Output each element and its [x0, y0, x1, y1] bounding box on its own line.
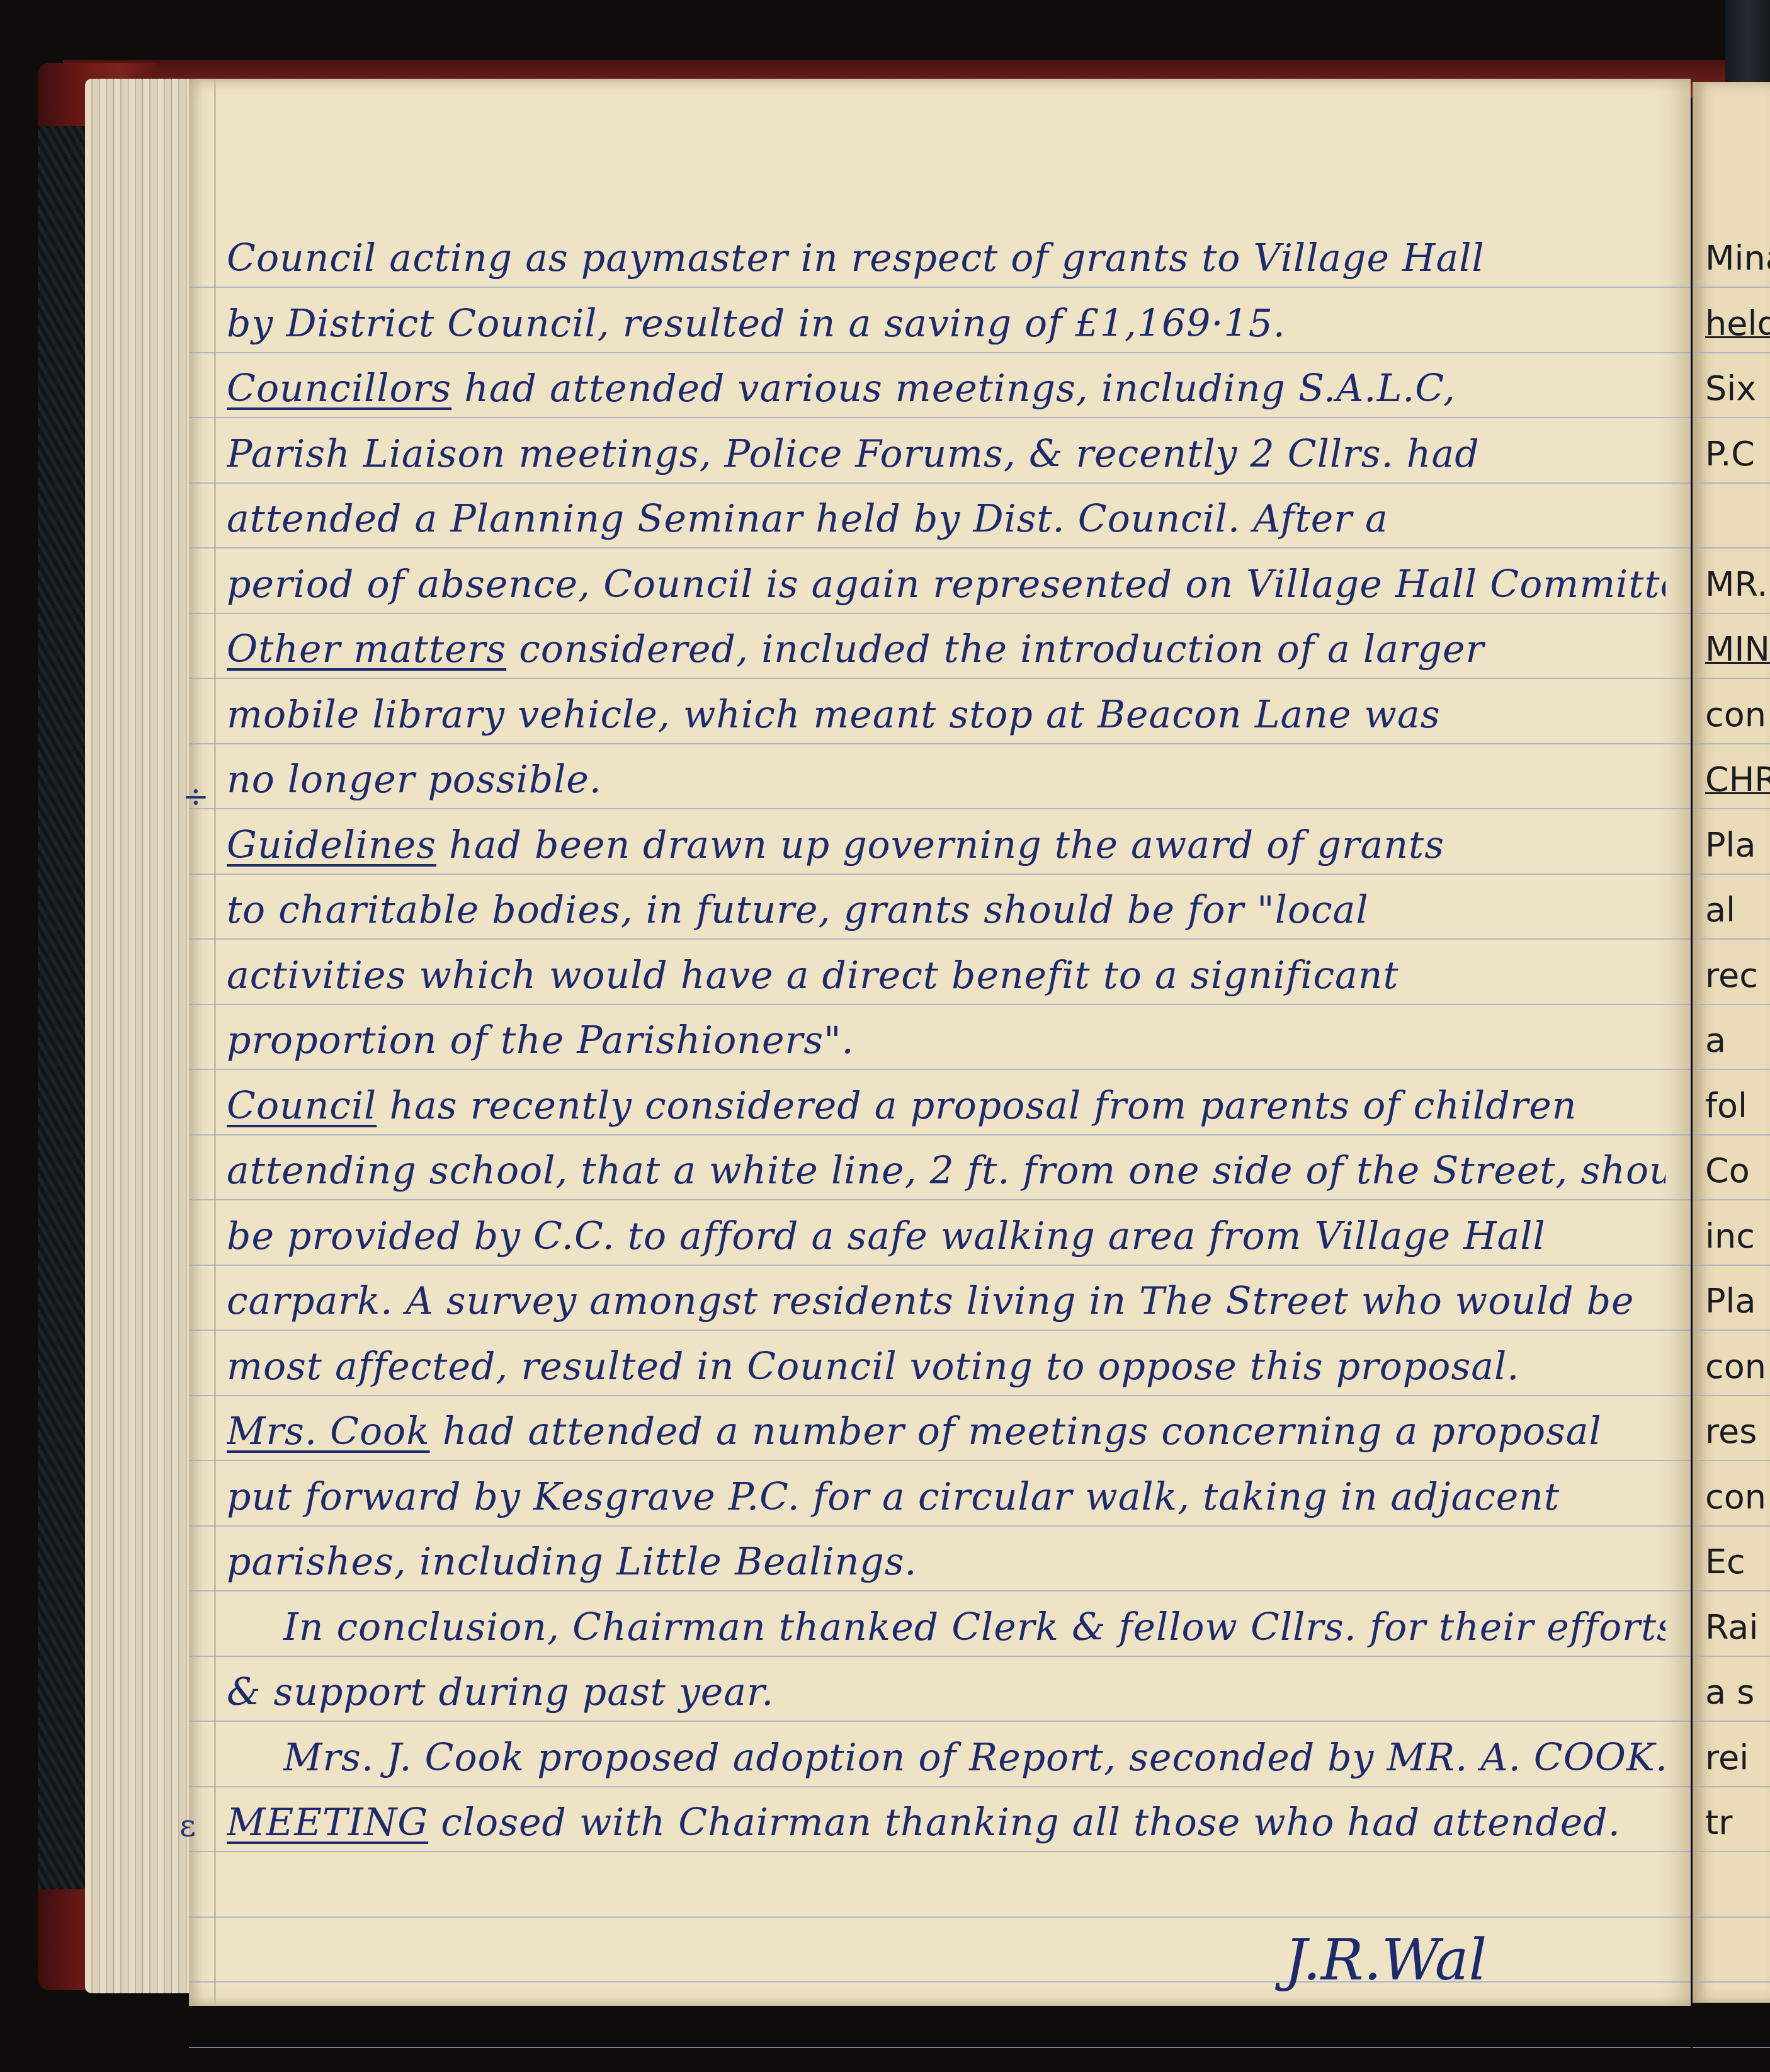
- handwritten-line: Guidelines had been drawn up governing t…: [227, 814, 1665, 877]
- ruled-line: [1693, 2047, 1770, 2048]
- right-page-fragment: a s: [1705, 1661, 1770, 1724]
- handwritten-line: Councillors had attended various meeting…: [227, 357, 1665, 420]
- line-text: In conclusion, Chairman thanked Clerk & …: [283, 1605, 1665, 1649]
- handwritten-line: period of absence, Council is again repr…: [227, 553, 1665, 616]
- line-text: considered, included the introduction of…: [506, 627, 1484, 671]
- handwritten-line: to charitable bodies, in future, grants …: [227, 879, 1665, 942]
- book-spine: [1725, 0, 1770, 82]
- line-text: period of absence, Council is again repr…: [227, 562, 1665, 606]
- line-text: has recently considered a proposal from …: [377, 1084, 1577, 1128]
- handwritten-line: Mrs. J. Cook proposed adoption of Report…: [227, 1726, 1665, 1789]
- fragment-text: rec: [1705, 955, 1758, 995]
- underlined-heading: Council: [227, 1084, 377, 1128]
- left-page: Council acting as paymaster in respect o…: [189, 79, 1691, 2006]
- ruled-line: [1693, 1981, 1770, 1983]
- handwritten-line: activities which would have a direct ben…: [227, 944, 1665, 1007]
- right-page-fragment: Pla: [1705, 1270, 1770, 1333]
- right-page-fragment: rei: [1705, 1726, 1770, 1789]
- fragment-text: Rai: [1705, 1607, 1758, 1647]
- handwritten-line: Parish Liaison meetings, Police Forums, …: [227, 423, 1665, 486]
- signature: J.R.Wal: [1285, 1927, 1487, 1993]
- handwritten-line: & support during past year.: [227, 1661, 1665, 1724]
- right-page-fragment: a: [1705, 1009, 1770, 1072]
- handwritten-line: parishes, including Little Bealings.: [227, 1530, 1665, 1593]
- line-text: mobile library vehicle, which meant stop…: [227, 693, 1441, 737]
- fragment-text: MR.: [1705, 564, 1767, 604]
- fragment-text: inc: [1705, 1216, 1755, 1256]
- line-text: & support during past year.: [227, 1670, 774, 1714]
- handwritten-line: be provided by C.C. to afford a safe wal…: [227, 1205, 1665, 1268]
- handwritten-line: Mrs. Cook had attended a number of meeti…: [227, 1400, 1665, 1463]
- fragment-text: Mina: [1705, 238, 1770, 278]
- right-page-fragment: Ec: [1705, 1530, 1770, 1593]
- line-text: activities which would have a direct ben…: [227, 953, 1399, 998]
- handwritten-line: by District Council, resulted in a savin…: [227, 292, 1665, 355]
- right-page: MinaheldSixP.CMR.MINconCHRPlaalrecafolCo…: [1693, 82, 1770, 2003]
- line-text: Mrs. J. Cook proposed adoption of Report…: [283, 1736, 1665, 1780]
- right-page-fragment: P.C: [1705, 423, 1770, 486]
- handwritten-line: Council acting as paymaster in respect o…: [227, 227, 1665, 290]
- right-page-fragment: MR.: [1705, 553, 1770, 616]
- right-page-fragment: MIN: [1705, 618, 1770, 681]
- fragment-text: a s: [1705, 1672, 1754, 1712]
- line-text: parishes, including Little Bealings.: [227, 1540, 917, 1584]
- fragment-text: rei: [1705, 1738, 1749, 1777]
- handwritten-line: proportion of the Parishioners".: [227, 1009, 1665, 1072]
- right-page-fragment: rec: [1705, 944, 1770, 1007]
- ruled-line: [189, 2047, 1691, 2048]
- ruled-line: [189, 1916, 1691, 1918]
- handwritten-line: carpark. A survey amongst residents livi…: [227, 1270, 1665, 1333]
- right-page-fragment: con: [1705, 1335, 1770, 1398]
- line-text: Parish Liaison meetings, Police Forums, …: [227, 432, 1480, 476]
- right-page-fragment: Mina: [1705, 227, 1770, 290]
- fragment-text: a: [1705, 1020, 1726, 1060]
- line-text: attending school, that a white line, 2 f…: [227, 1149, 1665, 1193]
- handwritten-line: attended a Planning Seminar held by Dist…: [227, 487, 1665, 550]
- fragment-text: Co: [1705, 1151, 1750, 1190]
- fragment-text: al: [1705, 890, 1735, 930]
- page-stack-edges: [85, 79, 192, 1993]
- handwritten-line: Council has recently considered a propos…: [227, 1074, 1665, 1137]
- right-page-fragment: Rai: [1705, 1596, 1770, 1659]
- handwritten-line: MEETING closed with Chairman thanking al…: [227, 1791, 1665, 1854]
- line-text: most affected, resulted in Council votin…: [227, 1345, 1519, 1389]
- line-text: be provided by C.C. to afford a safe wal…: [227, 1214, 1546, 1258]
- margin-mark-paren: ɛ: [179, 1807, 196, 1844]
- handwritten-line: attending school, that a white line, 2 f…: [227, 1139, 1665, 1202]
- underlined-heading: Mrs. Cook: [227, 1409, 430, 1454]
- fragment-text: Ec: [1705, 1542, 1745, 1581]
- handwritten-line: no longer possible.: [227, 748, 1665, 811]
- right-page-fragment: al: [1705, 879, 1770, 942]
- line-text: had been drawn up governing the award of…: [436, 823, 1444, 867]
- right-page-fragment: res: [1705, 1400, 1770, 1463]
- line-text: put forward by Kesgrave P.C. for a circu…: [227, 1475, 1560, 1519]
- right-page-fragment: tr: [1705, 1791, 1770, 1854]
- line-text: to charitable bodies, in future, grants …: [227, 888, 1369, 932]
- underlined-heading: Councillors: [227, 367, 451, 411]
- fragment-text: fol: [1705, 1086, 1747, 1125]
- right-page-fragment: [1705, 487, 1770, 550]
- line-text: closed with Chairman thanking all those …: [428, 1801, 1621, 1845]
- fragment-text: Pla: [1705, 1281, 1756, 1321]
- fragment-text: P.C: [1705, 434, 1755, 474]
- right-page-fragment: inc: [1705, 1205, 1770, 1268]
- handwritten-line: put forward by Kesgrave P.C. for a circu…: [227, 1466, 1665, 1528]
- handwritten-line: mobile library vehicle, which meant stop…: [227, 683, 1665, 746]
- right-page-fragment: CHR: [1705, 748, 1770, 811]
- underlined-heading: Other matters: [227, 627, 506, 671]
- fragment-text: held: [1705, 304, 1770, 343]
- fragment-text: Pla: [1705, 825, 1756, 865]
- line-text: by District Council, resulted in a savin…: [227, 302, 1286, 346]
- line-text: attended a Planning Seminar held by Dist…: [227, 497, 1388, 541]
- margin-mark-divide: ÷: [183, 778, 209, 814]
- line-text: Council acting as paymaster in respect o…: [227, 236, 1485, 280]
- fragment-text: CHR: [1705, 760, 1770, 799]
- fragment-text: Six: [1705, 368, 1756, 408]
- ruled-line: [1693, 1916, 1770, 1918]
- right-page-fragment: Pla: [1705, 814, 1770, 877]
- handwritten-line: In conclusion, Chairman thanked Clerk & …: [227, 1596, 1665, 1659]
- fragment-text: con: [1705, 695, 1766, 734]
- line-text: proportion of the Parishioners".: [227, 1018, 854, 1062]
- underlined-heading: MEETING: [227, 1801, 428, 1845]
- right-page-fragment: Co: [1705, 1139, 1770, 1202]
- margin-rule: [214, 79, 216, 2006]
- right-page-fragment: con: [1705, 683, 1770, 746]
- fragment-text: con: [1705, 1477, 1766, 1517]
- line-text: carpark. A survey amongst residents livi…: [227, 1279, 1635, 1323]
- fragment-text: MIN: [1705, 629, 1770, 669]
- handwritten-line: Other matters considered, included the i…: [227, 618, 1665, 681]
- handwritten-line: most affected, resulted in Council votin…: [227, 1335, 1665, 1398]
- underlined-heading: Guidelines: [227, 823, 436, 867]
- right-page-fragment: Six: [1705, 357, 1770, 420]
- fragment-text: con: [1705, 1346, 1766, 1386]
- line-text: no longer possible.: [227, 758, 602, 802]
- line-text: had attended various meetings, including…: [451, 367, 1456, 411]
- right-page-fragment: fol: [1705, 1074, 1770, 1137]
- line-text: had attended a number of meetings concer…: [430, 1409, 1602, 1454]
- fragment-text: tr: [1705, 1802, 1732, 1842]
- right-page-fragment: held: [1705, 292, 1770, 355]
- right-page-fragment: con: [1705, 1466, 1770, 1528]
- fragment-text: res: [1705, 1411, 1757, 1451]
